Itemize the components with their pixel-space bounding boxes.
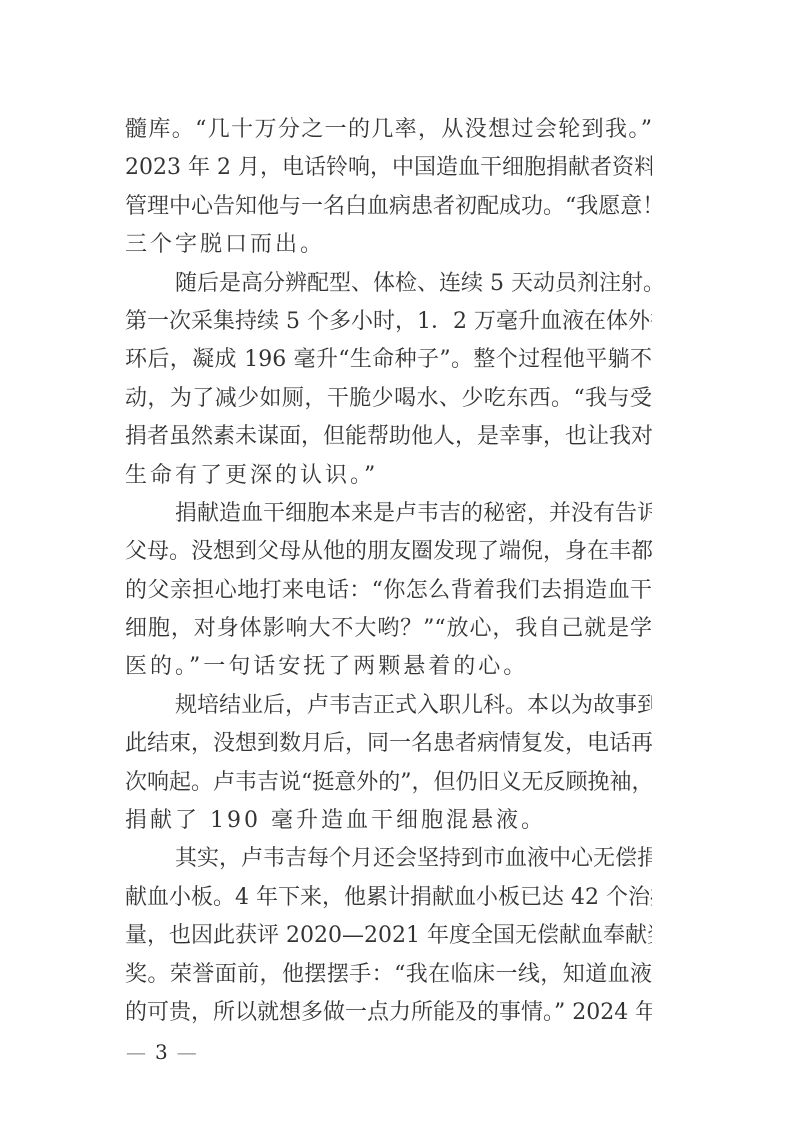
text-line: 捐者虽然素未谋面，但能帮助他人，是幸事，也让我对 (125, 418, 652, 456)
text-line: 三个字脱口而出。 (125, 226, 652, 264)
text-line: 献血小板。4 年下来，他累计捐献血小板已达 42 个治疗 (125, 879, 652, 917)
text-line: 生命有了更深的认识。” (125, 457, 652, 495)
text-column: 髓库。“几十万分之一的几率，从没想过会轮到我。” 2023 年 2 月，电话铃响… (125, 111, 652, 1032)
text-line: 管理中心告知他与一名白血病患者初配成功。“我愿意！” (125, 188, 652, 226)
paragraph-3: 捐献造血干细胞本来是卢韦吉的秘密，并没有告诉 父母。没想到父母从他的朋友圈发现了… (125, 495, 652, 687)
text-line: 捐献造血干细胞本来是卢韦吉的秘密，并没有告诉 (125, 495, 652, 533)
text-line: 环后，凝成 196 毫升“生命种子”。整个过程他平躺不 (125, 341, 652, 379)
paragraph-5: 其实，卢韦吉每个月还会坚持到市血液中心无偿捐 献血小板。4 年下来，他累计捐献血… (125, 840, 652, 1032)
text-line: 医的。”一句话安抚了两颗悬着的心。 (125, 648, 652, 686)
text-line: 奖。荣誉面前，他摆摆手：“我在临床一线，知道血液 (125, 956, 652, 994)
text-line: 次响起。卢韦吉说“挺意外的”，但仍旧义无反顾挽袖， (125, 764, 652, 802)
text-line: 其实，卢韦吉每个月还会坚持到市血液中心无偿捐 (125, 840, 652, 878)
text-line: 量，也因此获评 2020—2021 年度全国无偿献血奉献奖银 (125, 917, 652, 955)
text-line: 的可贵，所以就想多做一点力所能及的事情。” 2024 年， (125, 994, 652, 1032)
text-line: 此结束，没想到数月后，同一名患者病情复发，电话再 (125, 725, 652, 763)
text-line: 的父亲担心地打来电话：“你怎么背着我们去捐造血干 (125, 572, 652, 610)
document-page: 髓库。“几十万分之一的几率，从没想过会轮到我。” 2023 年 2 月，电话铃响… (0, 0, 793, 1122)
text-line: 第一次采集持续 5 个多小时，1．2 万毫升血液在体外循 (125, 303, 652, 341)
page-footer: —3— (126, 1038, 197, 1066)
footer-dash-right: — (177, 1040, 197, 1064)
page-number: 3 (155, 1040, 168, 1064)
paragraph-1: 髓库。“几十万分之一的几率，从没想过会轮到我。” 2023 年 2 月，电话铃响… (125, 111, 652, 265)
paragraph-2: 随后是高分辨配型、体检、连续 5 天动员剂注射。 第一次采集持续 5 个多小时，… (125, 265, 652, 495)
text-line: 捐献了 190 毫升造血干细胞混悬液。 (125, 802, 652, 840)
text-line: 细胞，对身体影响大不大哟？”“放心，我自己就是学 (125, 610, 652, 648)
paragraph-4: 规培结业后，卢韦吉正式入职儿科。本以为故事到 此结束，没想到数月后，同一名患者病… (125, 687, 652, 841)
text-line: 动，为了减少如厕，干脆少喝水、少吃东西。“我与受 (125, 380, 652, 418)
text-line: 2023 年 2 月，电话铃响，中国造血干细胞捐献者资料库 (125, 149, 652, 187)
text-line: 父母。没想到父母从他的朋友圈发现了端倪，身在丰都 (125, 533, 652, 571)
text-line: 髓库。“几十万分之一的几率，从没想过会轮到我。” (125, 111, 652, 149)
text-line: 随后是高分辨配型、体检、连续 5 天动员剂注射。 (125, 265, 652, 303)
text-line: 规培结业后，卢韦吉正式入职儿科。本以为故事到 (125, 687, 652, 725)
footer-dash-left: — (126, 1040, 146, 1064)
